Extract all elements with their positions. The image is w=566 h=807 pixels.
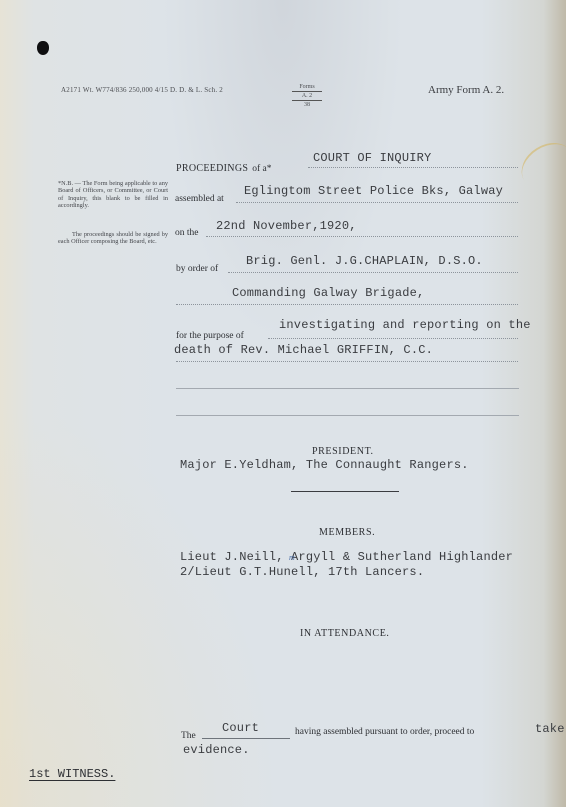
member-entry-2[interactable]: 2/Lieut G.T.Hunell, 17th Lancers. [180,565,424,579]
the-label: The [181,731,196,741]
body-value[interactable]: Court [222,721,259,735]
of-a-label: of a* [252,164,271,174]
purpose-label: for the purpose of [176,331,244,341]
closing-continuation-2[interactable]: evidence. [183,743,250,757]
forms-reference-middle: A. 2 [292,91,322,101]
attendance-heading: IN ATTENDANCE. [300,628,390,639]
order-value-1[interactable]: Brig. Genl. J.G.CHAPLAIN, D.S.O. [246,254,483,268]
assembled-field-line [236,202,518,203]
purpose-value-1[interactable]: investigating and reporting on the [279,318,531,332]
proceedings-line: PROCEEDINGS of a* [176,158,271,176]
assembled-value[interactable]: Eglingtom Street Police Bks, Galway [244,184,503,198]
form-title: Army Form A. 2. [428,84,504,96]
blank-field-line-1 [176,388,519,389]
forms-reference-bottom: 38 [292,101,322,109]
purpose-field-line-2 [176,361,518,362]
punch-hole [37,41,49,55]
forms-reference-top: Forms [292,83,322,91]
purpose-field-line-1 [268,338,518,339]
order-field-line-2 [176,304,518,305]
order-field-line-1 [228,272,518,273]
assembled-label: assembled at [175,194,224,204]
body-field-line [202,738,290,739]
member-entry-1[interactable]: Lieut J.Neill, Argyll & Sutherland Highl… [180,550,513,564]
date-field-line [206,236,518,237]
president-entry[interactable]: Major E.Yeldham, The Connaught Rangers. [180,458,469,472]
proceedings-label: PROCEEDINGS [176,163,248,174]
document-page: A2171 Wt. W774/836 250,000 4/15 D. D. & … [0,0,566,807]
closing-text: having assembled pursuant to order, proc… [295,727,474,737]
printer-imprint: A2171 Wt. W774/836 250,000 4/15 D. D. & … [61,86,223,94]
side-note-signature-text: The proceedings should be signed by each… [58,231,168,245]
blank-field-line-2 [176,415,519,416]
section-divider [291,491,399,492]
body-type-field-line [308,167,518,168]
handwritten-correction: m [289,553,295,562]
president-heading: PRESIDENT. [312,446,374,457]
order-value-2[interactable]: Commanding Galway Brigade, [232,286,424,300]
date-label: on the [175,228,198,238]
side-note-nb: *N.B. — The Form being applicable to any… [58,180,168,210]
forms-reference: Forms A. 2 38 [292,83,322,109]
order-label: by order of [176,264,218,274]
witness-label: 1st WITNESS. [29,767,115,781]
purpose-value-2[interactable]: death of Rev. Michael GRIFFIN, C.C. [174,343,433,357]
closing-continuation-1[interactable]: take [535,722,565,736]
body-type-value[interactable]: COURT OF INQUIRY [313,151,431,165]
paper-stain [513,134,566,199]
date-value[interactable]: 22nd November,1920, [216,219,357,233]
members-heading: MEMBERS. [319,527,375,538]
side-note-signature: The proceedings should be signed by each… [58,231,168,246]
